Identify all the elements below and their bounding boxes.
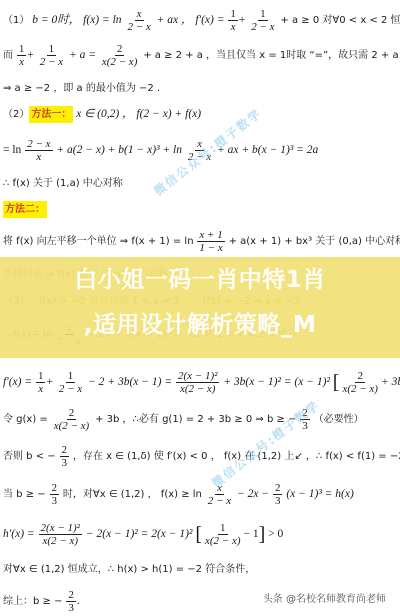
fraction: 2x(2 − x): [100, 43, 140, 68]
fraction-denominator: 3: [273, 495, 283, 507]
fraction-denominator: x: [36, 383, 45, 395]
fraction-denominator: x(2 − x): [100, 56, 140, 68]
part1-line2: 而 1x+ 12 − x + a = 2x(2 − x) + a ≥ 2 + a…: [3, 43, 400, 68]
fraction: 2x(2 − x): [340, 370, 380, 395]
source-credit: 头条 @名校名师教育尚老师: [263, 590, 386, 605]
part3-h-line: h′(x) = 2(x − 1)²x(2 − x) − 2(x − 1)² = …: [3, 522, 283, 547]
fraction-numerator: x: [135, 8, 144, 21]
fraction-denominator: x(2 − x): [178, 383, 218, 395]
fraction-numerator: 2: [273, 482, 283, 495]
fraction: 1x: [36, 370, 46, 395]
function-def: f(x) = ln: [83, 14, 121, 26]
part3-when-line: 当 b ≥ − 23 时，对∀x ∈ (1,2) ， f(x) ≥ ln x2 …: [3, 482, 354, 507]
fraction-denominator: x(2 − x): [52, 420, 92, 432]
math-text: 当 b ≥ −: [3, 489, 46, 500]
method2-label: 方法二：: [3, 201, 47, 218]
math-text: 综上：b ≥ −: [3, 596, 62, 607]
math-text: + 3b(x − 1)² = (x − 1)²: [223, 376, 330, 388]
part3-fprime-line: f′(x) = 1x+ 12 − x − 2 + 3b(x − 1) = 2(x…: [3, 370, 400, 395]
part-number: （1）: [3, 15, 29, 26]
derivative-def: f′(x) =: [195, 14, 224, 26]
math-text: − 2x −: [237, 488, 269, 500]
condition-text: b = 0时，: [32, 14, 80, 26]
fraction: 2x(2 − x): [52, 407, 92, 432]
fraction-numerator: 1: [47, 43, 57, 56]
fraction-denominator: 2 − x: [249, 21, 276, 33]
fraction: 23: [66, 589, 76, 614]
fraction-denominator: x(2 − x): [41, 535, 81, 547]
part2-method2-label-line: 方法二：: [3, 202, 47, 217]
fraction: 12 − x: [57, 370, 84, 395]
fraction: 2(x − 1)²x(2 − x): [176, 370, 219, 395]
math-text: ⇒ a ≥ −2 ，即 a 的最小值为 −2 .: [3, 83, 160, 94]
math-text: = ln: [3, 144, 21, 156]
math-text: + a ≥ 0 对∀0 < x < 2 恒成立: [280, 15, 400, 26]
fraction-denominator: 3: [50, 495, 60, 507]
part2-method1-line3: ∴ f(x) 关于 (1,a) 中心对称: [3, 176, 123, 191]
fraction-denominator: x(2 − x): [340, 383, 380, 395]
fraction-denominator: 2 − x: [125, 21, 152, 33]
math-text: − 2(x − 1)² = 2(x − 1)²: [86, 528, 193, 540]
math-text: − 1: [244, 528, 259, 540]
part2-method2-line1: 将 f(x) 向左平移一个单位 ⇒ f(x + 1) = ln x + 11 −…: [3, 229, 400, 254]
fraction-denominator: 3: [60, 457, 70, 469]
part1-line3: ⇒ a ≥ −2 ，即 a 的最小值为 −2 .: [3, 81, 160, 96]
fraction-denominator: 2 − x: [206, 495, 233, 507]
math-text: + 3b ，∴必有 g(1) = 2 + 3b ≥ 0 ⇒ b ≥ −: [95, 414, 296, 425]
fraction-denominator: 2 − x: [38, 56, 65, 68]
fraction-numerator: x + 1: [197, 229, 224, 242]
method1-label: 方法一：: [29, 106, 73, 123]
math-text: .: [77, 595, 80, 607]
fraction: 12 − x: [38, 43, 65, 68]
fraction: x2 − x: [125, 8, 152, 33]
fraction-numerator: 2(x − 1)²: [39, 522, 82, 535]
fraction-denominator: 3: [66, 602, 76, 614]
math-text: （必要性）: [314, 414, 364, 425]
math-text: 否则 b < −: [3, 451, 56, 462]
fraction: x + 11 − x: [197, 229, 224, 254]
math-text: 令 g(x) =: [3, 414, 48, 425]
math-text: + 3b: [381, 376, 400, 388]
part3-conclusion-line: 综上：b ≥ − 23.: [3, 589, 80, 614]
fraction-denominator: 1 − x: [197, 242, 224, 254]
math-text: ∴ f(x) 关于 (1,a) 中心对称: [3, 178, 123, 189]
fraction-numerator: 1: [228, 8, 238, 21]
fraction: 1x: [228, 8, 238, 33]
fraction-numerator: 1: [258, 8, 268, 21]
fraction: 23: [273, 482, 283, 507]
math-text: + a ≥ 2 + a ，当且仅当 x = 1时取 “=”，故只需 2 + a …: [143, 50, 400, 61]
part2-method1-line2: = ln 2 − xx + a(2 − x) + b(1 − x)³ + ln …: [3, 138, 318, 163]
fraction-numerator: 1: [218, 522, 228, 535]
math-text: f′(x) =: [3, 376, 32, 388]
fraction-denominator: x(2 − x): [203, 535, 243, 547]
part2-method1-line1: （2）方法一： x ∈ (0,2) ， f(2 − x) + f(x): [3, 107, 201, 122]
math-text: + ax + b(x − 1)³ = 2a: [217, 144, 318, 156]
part-number: （2）: [3, 109, 29, 120]
math-text: 对∀x ∈ (1,2) 恒成立，∴ h(x) > h(1) = −2 符合条件，: [3, 564, 255, 575]
math-text: + a(x + 1) + bx³ 关于 (0,a) 中心对称: [229, 236, 400, 247]
math-text: > 0: [268, 528, 283, 540]
fraction-numerator: 2: [67, 407, 77, 420]
fraction-numerator: 2: [66, 589, 76, 602]
fraction-numerator: 2: [50, 482, 60, 495]
math-text: − 2 + 3b(x − 1) =: [88, 376, 172, 388]
fraction-numerator: 2: [60, 444, 70, 457]
part1-line1: （1） b = 0时， f(x) = ln x2 − x + ax ， f′(x…: [3, 8, 400, 33]
cjk-text: 而: [3, 50, 13, 61]
overlay-banner: 白小姐一码一肖中特1肖 ,适用设计解析策略_M: [0, 257, 400, 358]
fraction-numerator: 1: [17, 43, 27, 56]
fraction-numerator: 1: [36, 370, 46, 383]
fraction: 2 − xx: [25, 138, 52, 163]
math-text: (x − 1)³ = h(x): [286, 488, 354, 500]
fraction: 23: [60, 444, 70, 469]
fraction-numerator: 2(x − 1)²: [176, 370, 219, 383]
math-text: + ax ，: [157, 14, 193, 26]
fraction-numerator: 2: [115, 43, 125, 56]
part3-else-line: 否则 b < − 23 ，存在 x ∈ (1,δ) 使 f′(x) < 0 ， …: [3, 444, 400, 469]
math-text: x ∈ (0,2) ， f(2 − x) + f(x): [76, 108, 201, 120]
math-text: + a =: [69, 49, 96, 61]
fraction-numerator: 2 − x: [25, 138, 52, 151]
document-page: （1） b = 0时， f(x) = ln x2 − x + ax ， f′(x…: [0, 0, 400, 616]
fraction: 2(x − 1)²x(2 − x): [39, 522, 82, 547]
fraction: 1x: [17, 43, 27, 68]
fraction-denominator: x: [17, 56, 26, 68]
overlay-title-line2: ,适用设计解析策略_M: [0, 306, 400, 339]
fraction-numerator: 1: [66, 370, 76, 383]
math-text: 时，对∀x ∈ (1,2) ， f(x) ≥ ln: [63, 489, 202, 500]
part3-forall-line: 对∀x ∈ (1,2) 恒成立，∴ h(x) > h(1) = −2 符合条件，: [3, 562, 255, 577]
math-text: h′(x) =: [3, 528, 35, 540]
fraction: 12 − x: [249, 8, 276, 33]
fraction-numerator: 2: [355, 370, 365, 383]
overlay-title-line1: 白小姐一码一肖中特1肖: [0, 261, 400, 294]
fraction-denominator: x: [229, 21, 238, 33]
fraction-denominator: 2 − x: [57, 383, 84, 395]
fraction-denominator: x: [34, 151, 43, 163]
math-text: 将 f(x) 向左平移一个单位 ⇒ f(x + 1) = ln: [3, 236, 194, 247]
fraction: 1x(2 − x): [203, 522, 243, 547]
fraction: 23: [50, 482, 60, 507]
math-text: + a(2 − x) + b(1 − x)³ + ln: [56, 144, 182, 156]
